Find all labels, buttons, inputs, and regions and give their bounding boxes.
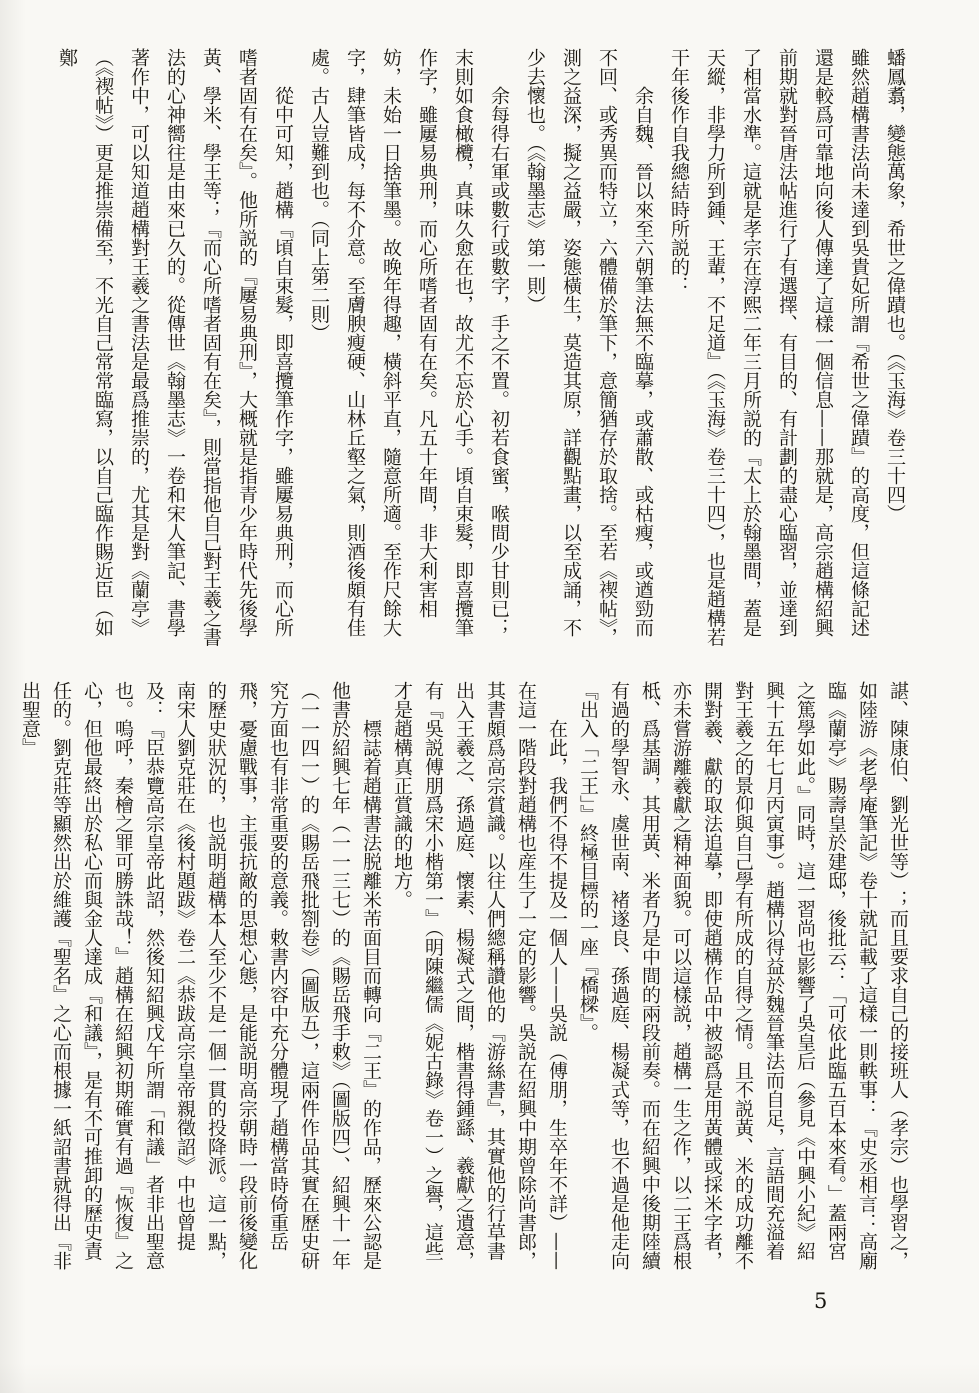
quote-continuation-paragraph: 蟠鳳翥，變態萬象，希世之偉蹟也。（《玉海》卷三十四） — [877, 48, 913, 652]
main-continuation-paragraph: 諶、陳康伯、劉光世等）；而且要求自己的接班人（孝宗）也學習之，如陸游《老學庵筆記… — [572, 681, 913, 1272]
scanned-book-page: 蟠鳳翥，變態萬象，希世之偉蹟也。（《玉海》卷三十四） 雖然趙構書法尚未達到吳貴妃… — [0, 0, 979, 1393]
block-quote-paragraph: 余自魏、晉以來至六朝筆法無不臨摹，或蕭散、或枯瘦，或遒勁而不回、或秀異而特立，六… — [517, 48, 661, 652]
page-number: 5 — [814, 1289, 827, 1313]
main-paragraph: 標誌着趙構書法脱離米芾面目而轉向『二王』的作品，歷來公認是他書於紹興七年（一一三… — [14, 681, 386, 1272]
main-paragraph: 在此，我們不得不提及一個人——吳説（傅朋，生卒年不詳）——在這一階段對趙構也産生… — [386, 681, 572, 1272]
main-paragraph: 從中可知，趙構『頃自束髮，即喜攬筆作字，雖屢易典刑，而心所嗜者固有在矣』。他所説… — [49, 48, 301, 652]
block-quote-paragraph: 余每得右軍或數行或數字，手之不置。初若食蜜，喉間少甘則已；末則如食橄欖，真味久愈… — [301, 48, 517, 652]
text-register-bottom: 諶、陳康伯、劉光世等）；而且要求自己的接班人（孝宗）也學習之，如陸游《老學庵筆記… — [14, 681, 913, 1272]
text-register-top: 蟠鳳翥，變態萬象，希世之偉蹟也。（《玉海》卷三十四） 雖然趙構書法尚未達到吳貴妃… — [49, 48, 913, 652]
main-paragraph: 雖然趙構書法尚未達到吳貴妃所謂『希世之偉蹟』的高度，但這條記述還是較爲可靠地向後… — [661, 48, 877, 652]
